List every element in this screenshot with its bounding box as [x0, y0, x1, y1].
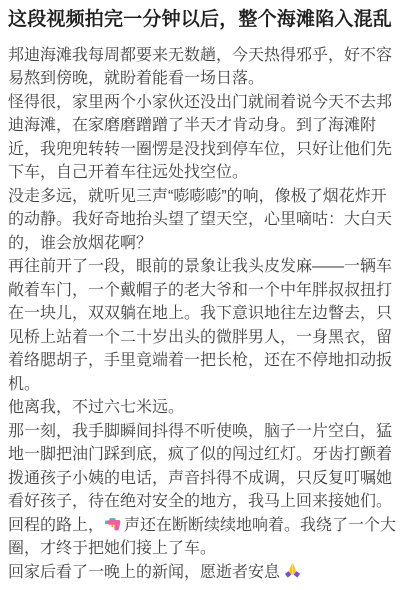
article-paragraph: 没走多远，就听见三声“嘭嘭嘭”的响，像极了烟花炸开的动静。我好奇地抬头望了望天空… — [8, 185, 399, 256]
article-paragraph: 邦迪海滩我每周都要来无数趟，今天热得邪乎，好不容易熬到傍晚，就盼着能看一场日落。 — [8, 44, 399, 91]
paragraph-text: 那一刻，我手脚瞬间抖得不听使唤，脑子一片空白，猛地一脚把油门踩到底，疯了似的闯过… — [8, 423, 392, 511]
article-title: 这段视频拍完一分钟以后，整个海滩陷入混乱 — [8, 7, 399, 33]
water-pistol-emoji — [105, 515, 122, 532]
water-pistol-grip — [114, 524, 120, 530]
paragraph-text: 他离我，不过六七米远。 — [8, 399, 184, 416]
folded-hands-emoji — [284, 562, 301, 579]
article-paragraph: 回家后看了一晚上的新闻，愿逝者安息 — [8, 561, 399, 585]
paragraph-text: 回程的路上， — [8, 517, 104, 534]
article-paragraph: 怪得很，家里两个小家伙还没出门就闹着说今天不去邦迪海滩，在家磨磨蹭蹭了半天才肯动… — [8, 91, 399, 185]
article-body: 邦迪海滩我每周都要来无数趟，今天热得邪乎，好不容易熬到傍晚，就盼着能看一场日落。… — [8, 44, 399, 585]
article-paragraph: 他离我，不过六七米远。 — [8, 396, 399, 420]
article-page: 这段视频拍完一分钟以后，整个海滩陷入混乱 邦迪海滩我每周都要来无数趟，今天热得邪… — [0, 0, 407, 584]
paragraph-text: 没走多远，就听见三声“嘭嘭嘭”的响，像极了烟花炸开的动静。我好奇地抬头望了望天空… — [8, 188, 392, 252]
article-paragraph: 回程的路上， 声还在断断续续地响着。我绕了一个大圈，才终于把她们接上了车。 — [8, 514, 399, 561]
article-paragraph: 再往前开了一段，眼前的景象让我头皮发麻——一辆车敞着车门，一个戴帽子的老大爷和一… — [8, 255, 399, 396]
water-pistol-trigger — [111, 525, 113, 528]
paragraph-text: 回家后看了一晚上的新闻，愿逝者安息 — [8, 564, 280, 581]
paragraph-text: 邦迪海滩我每周都要来无数趟，今天热得邪乎，好不容易熬到傍晚，就盼着能看一场日落。 — [8, 47, 392, 88]
article-paragraph: 那一刻，我手脚瞬间抖得不听使唤，脑子一片空白，猛地一脚把油门踩到底，疯了似的闯过… — [8, 420, 399, 514]
paragraph-text: 怪得很，家里两个小家伙还没出门就闹着说今天不去邦迪海滩，在家磨磨蹭蹭了半天才肯动… — [8, 94, 392, 182]
paragraph-text: 再往前开了一段，眼前的景象让我头皮发麻——一辆车敞着车门，一个戴帽子的老大爷和一… — [8, 258, 392, 393]
